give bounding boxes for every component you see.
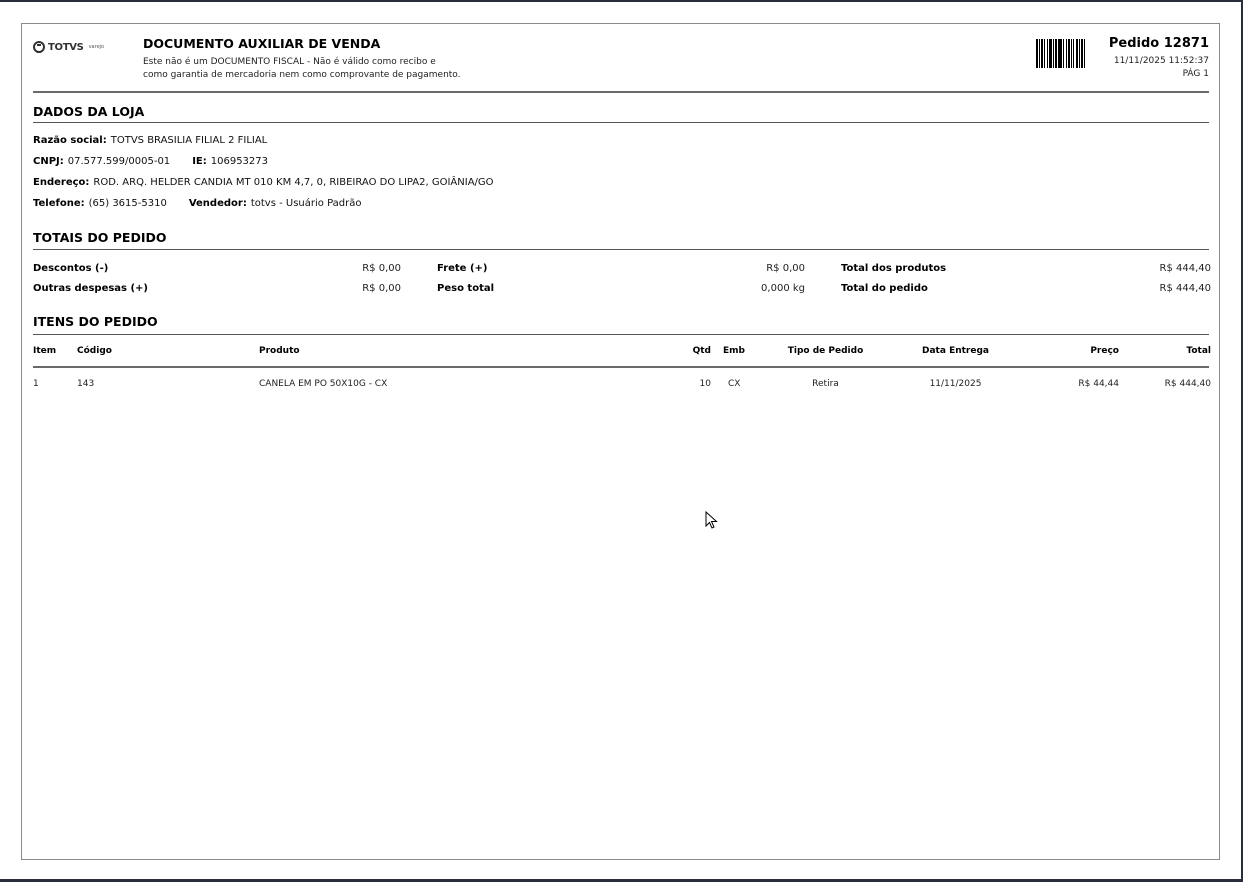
vendedor-label: Vendedor: (189, 198, 247, 209)
window-frame: TOTVS varejo DOCUMENTO AUXILIAR DE VENDA… (0, 0, 1243, 882)
store-divider (33, 122, 1209, 123)
logo-mark-icon (33, 41, 45, 53)
document-page: TOTVS varejo DOCUMENTO AUXILIAR DE VENDA… (21, 23, 1220, 860)
endereco-label: Endereço: (33, 177, 89, 188)
total-pedido-label: Total do pedido (841, 283, 928, 294)
header-divider (33, 91, 1209, 93)
document-disclaimer: Este não é um DOCUMENTO FISCAL - Não é v… (143, 56, 543, 81)
frete-label: Frete (+) (437, 263, 487, 274)
descontos-label: Descontos (-) (33, 263, 108, 274)
outras-despesas-label: Outras despesas (+) (33, 283, 148, 294)
col-codigo: Código (77, 346, 112, 356)
section-title-store: DADOS DA LOJA (33, 104, 144, 119)
cell-tipo-pedido: Retira (768, 379, 883, 389)
document-title: DOCUMENTO AUXILIAR DE VENDA (143, 36, 380, 51)
cell-produto: CANELA EM PO 50X10G - CX (259, 379, 387, 389)
descontos-value: R$ 0,00 (301, 263, 401, 274)
outras-despesas-value: R$ 0,00 (301, 283, 401, 294)
total-pedido-value: R$ 444,40 (1111, 283, 1211, 294)
cell-preco: R$ 44,44 (1033, 379, 1119, 389)
peso-total-value: 0,000 kg (705, 283, 805, 294)
ie-label: IE: (192, 156, 207, 167)
cell-qtd: 10 (673, 379, 711, 389)
cell-codigo: 143 (77, 379, 94, 389)
document-content: TOTVS varejo DOCUMENTO AUXILIAR DE VENDA… (33, 24, 1209, 859)
endereco-row: Endereço:ROD. ARQ. HELDER CANDIA MT 010 … (33, 177, 494, 188)
razao-social-row: Razão social:TOTVS BRASILIA FILIAL 2 FIL… (33, 135, 267, 146)
order-datetime: 11/11/2025 11:52:37 (1114, 56, 1209, 66)
col-preco: Preço (1033, 346, 1119, 356)
frete-value: R$ 0,00 (705, 263, 805, 274)
col-qtd: Qtd (673, 346, 711, 356)
disclaimer-line-2: como garantia de mercadoria nem como com… (143, 69, 543, 82)
cnpj-label: CNPJ: (33, 156, 64, 167)
telefone-value: (65) 3615-5310 (89, 198, 167, 209)
logo-subtext: varejo (89, 44, 105, 50)
items-divider (33, 334, 1209, 335)
telefone-vendedor-row: Telefone:(65) 3615-5310Vendedor:totvs - … (33, 198, 361, 209)
total-produtos-label: Total dos produtos (841, 263, 946, 274)
ie-value: 106953273 (211, 156, 268, 167)
endereco-value: ROD. ARQ. HELDER CANDIA MT 010 KM 4,7, 0… (93, 177, 493, 188)
cell-item: 1 (33, 379, 39, 389)
logo-text: TOTVS (48, 42, 84, 53)
document-header: TOTVS varejo DOCUMENTO AUXILIAR DE VENDA… (33, 36, 1209, 92)
section-title-totals: TOTAIS DO PEDIDO (33, 230, 166, 245)
items-header-divider (33, 366, 1209, 368)
cell-emb: CX (728, 379, 740, 389)
disclaimer-line-1: Este não é um DOCUMENTO FISCAL - Não é v… (143, 56, 543, 69)
totvs-logo-icon: TOTVS varejo (33, 41, 104, 53)
total-produtos-value: R$ 444,40 (1111, 263, 1211, 274)
col-tipo-pedido: Tipo de Pedido (768, 346, 883, 356)
col-item: Item (33, 346, 56, 356)
page-number: PÁG 1 (1183, 69, 1209, 79)
cnpj-ie-row: CNPJ:07.577.599/0005-01IE:106953273 (33, 156, 268, 167)
mouse-pointer-icon (705, 511, 719, 531)
col-emb: Emb (723, 346, 745, 356)
razao-social-value: TOTVS BRASILIA FILIAL 2 FILIAL (111, 135, 268, 146)
col-data-entrega: Data Entrega (898, 346, 1013, 356)
order-number: Pedido 12871 (1109, 36, 1209, 51)
col-total: Total (1123, 346, 1211, 356)
peso-total-label: Peso total (437, 283, 494, 294)
totals-divider (33, 249, 1209, 250)
cnpj-value: 07.577.599/0005-01 (68, 156, 170, 167)
cell-total: R$ 444,40 (1123, 379, 1211, 389)
razao-social-label: Razão social: (33, 135, 107, 146)
vendedor-value: totvs - Usuário Padrão (251, 198, 362, 209)
cell-data-entrega: 11/11/2025 (898, 379, 1013, 389)
telefone-label: Telefone: (33, 198, 85, 209)
col-produto: Produto (259, 346, 300, 356)
section-title-items: ITENS DO PEDIDO (33, 314, 158, 329)
barcode-icon (1036, 39, 1097, 68)
